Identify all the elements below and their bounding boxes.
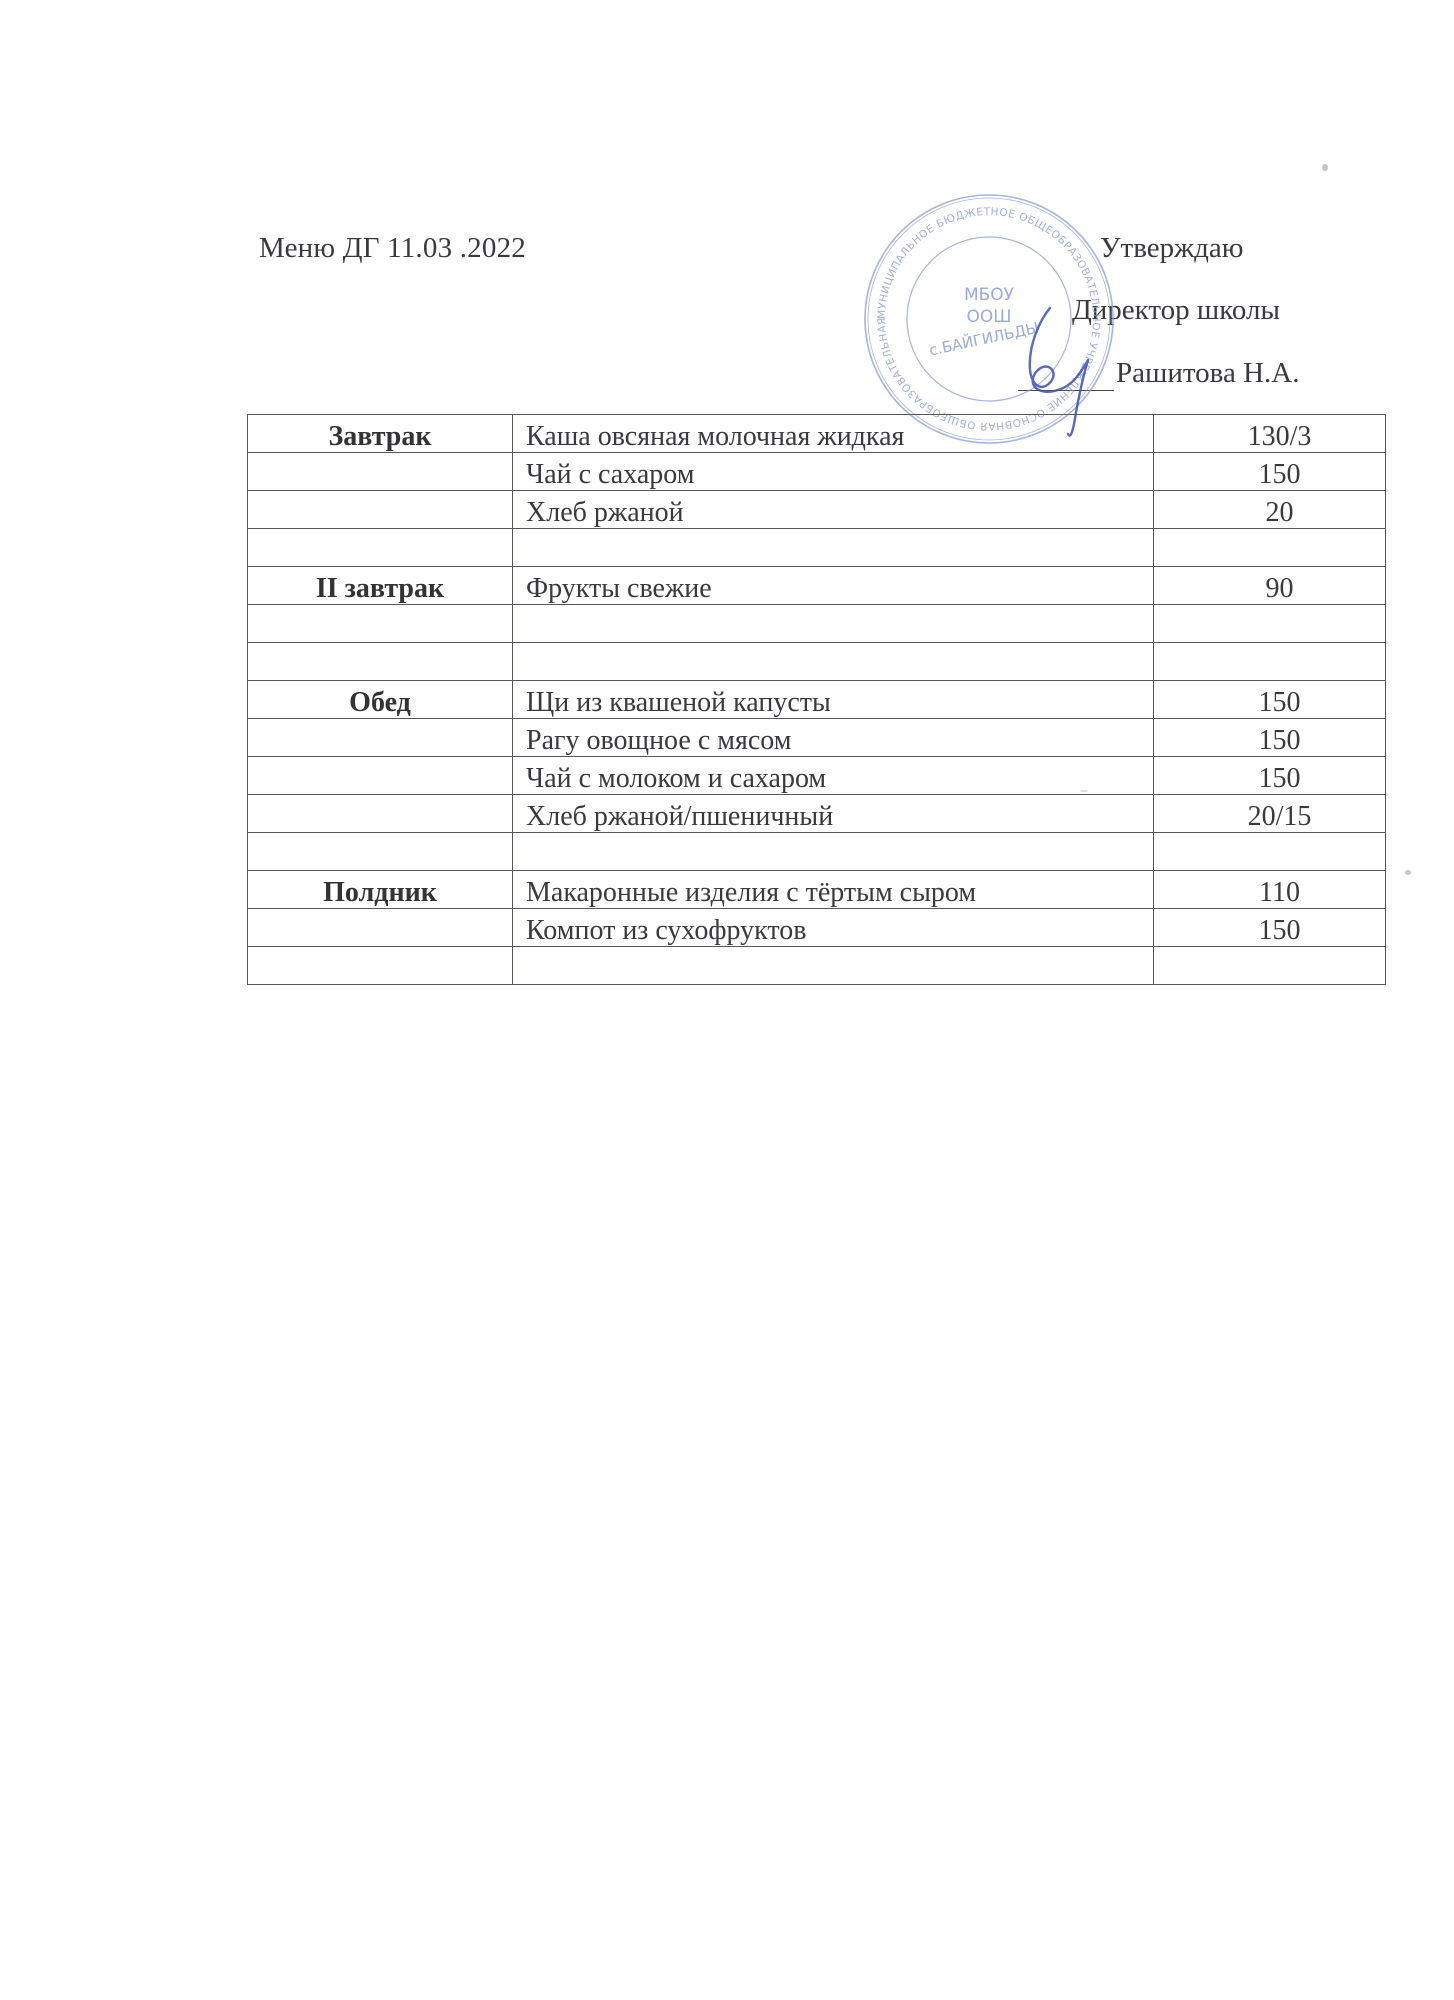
stamp-line-1: МБОУ: [964, 285, 1015, 305]
dish-cell: Хлеб ржаной: [513, 491, 1154, 529]
dish-cell: [513, 947, 1154, 985]
table-row: Рагу овощное с мясом150: [248, 719, 1386, 757]
amount-cell: 150: [1154, 453, 1386, 491]
meal-cell: [248, 491, 513, 529]
scan-speck: [1080, 790, 1088, 792]
table-row: ОбедЩи из квашеной капусты150: [248, 681, 1386, 719]
amount-cell: [1154, 605, 1386, 643]
meal-cell: [248, 529, 513, 567]
table-row: Хлеб ржаной/пшеничный20/15: [248, 795, 1386, 833]
table-row: Чай с сахаром150: [248, 453, 1386, 491]
amount-cell: [1154, 529, 1386, 567]
table-row: Хлеб ржаной20: [248, 491, 1386, 529]
dish-cell: [513, 529, 1154, 567]
meal-cell: [248, 757, 513, 795]
approver-position: Директор школы: [1072, 294, 1280, 327]
svg-text:МУНИЦИПАЛЬНОЕ БЮДЖЕТНОЕ ОБЩЕОБ: МУНИЦИПАЛЬНОЕ БЮДЖЕТНОЕ ОБЩЕОБРАЗОВАТЕЛЬ…: [862, 188, 1102, 432]
dish-cell: [513, 605, 1154, 643]
amount-cell: 130/3: [1154, 415, 1386, 453]
meal-cell: Обед: [248, 681, 513, 719]
amount-cell: 150: [1154, 909, 1386, 947]
amount-cell: [1154, 947, 1386, 985]
meal-cell: [248, 795, 513, 833]
approver-name: Рашитова Н.А.: [1116, 357, 1299, 390]
dish-cell: Каша овсяная молочная жидкая: [513, 415, 1154, 453]
amount-cell: 150: [1154, 681, 1386, 719]
menu-title: Меню ДГ 11.03 .2022: [259, 232, 526, 265]
dish-cell: [513, 643, 1154, 681]
table-row: Чай с молоком и сахаром150: [248, 757, 1386, 795]
table-row: [248, 947, 1386, 985]
table-row: [248, 833, 1386, 871]
meal-cell: [248, 719, 513, 757]
dish-cell: Фрукты свежие: [513, 567, 1154, 605]
dish-cell: [513, 833, 1154, 871]
meal-cell: [248, 605, 513, 643]
dish-cell: Чай с сахаром: [513, 453, 1154, 491]
table-row: [248, 643, 1386, 681]
approval-label: Утверждаю: [1100, 232, 1243, 265]
table-row: [248, 605, 1386, 643]
table-row: II завтракФрукты свежие90: [248, 567, 1386, 605]
menu-table-body: ЗавтракКаша овсяная молочная жидкая130/3…: [248, 415, 1386, 985]
meal-cell: Полдник: [248, 871, 513, 909]
scan-speck: [1322, 164, 1328, 171]
meal-cell: [248, 453, 513, 491]
amount-cell: 90: [1154, 567, 1386, 605]
amount-cell: 20: [1154, 491, 1386, 529]
table-row: ЗавтракКаша овсяная молочная жидкая130/3: [248, 415, 1386, 453]
amount-cell: [1154, 643, 1386, 681]
amount-cell: [1154, 833, 1386, 871]
meal-cell: [248, 643, 513, 681]
table-row: ПолдникМакаронные изделия с тёртым сыром…: [248, 871, 1386, 909]
amount-cell: 110: [1154, 871, 1386, 909]
meal-cell: Завтрак: [248, 415, 513, 453]
amount-cell: 20/15: [1154, 795, 1386, 833]
amount-cell: 150: [1154, 719, 1386, 757]
dish-cell: Чай с молоком и сахаром: [513, 757, 1154, 795]
scan-speck: [1405, 870, 1411, 875]
stamp-ring-text: МУНИЦИПАЛЬНОЕ БЮДЖЕТНОЕ ОБЩЕОБРАЗОВАТЕЛЬ…: [862, 188, 1102, 432]
dish-cell: Макаронные изделия с тёртым сыром: [513, 871, 1154, 909]
meal-cell: [248, 947, 513, 985]
menu-table: ЗавтракКаша овсяная молочная жидкая130/3…: [247, 414, 1386, 985]
dish-cell: Щи из квашеной капусты: [513, 681, 1154, 719]
dish-cell: Хлеб ржаной/пшеничный: [513, 795, 1154, 833]
stamp-line-3: с.БАЙГИЛЬДЫ: [927, 318, 1040, 360]
dish-cell: Компот из сухофруктов: [513, 909, 1154, 947]
table-row: Компот из сухофруктов150: [248, 909, 1386, 947]
signature-line: [1018, 390, 1114, 391]
meal-cell: [248, 909, 513, 947]
table-row: [248, 529, 1386, 567]
meal-cell: [248, 833, 513, 871]
dish-cell: Рагу овощное с мясом: [513, 719, 1154, 757]
amount-cell: 150: [1154, 757, 1386, 795]
stamp-line-2: ООШ: [967, 307, 1012, 327]
meal-cell: II завтрак: [248, 567, 513, 605]
